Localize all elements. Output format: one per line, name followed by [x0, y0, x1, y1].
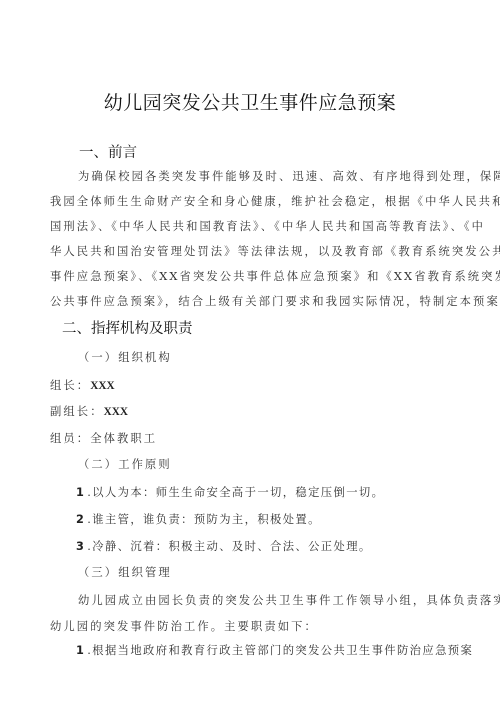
- members-value: 全体教职工: [90, 432, 157, 445]
- paragraph-line: 国刑法》、《中华人民共和国教育法》、《中华人民共和国高等教育法》、《中: [50, 218, 462, 234]
- paragraph-line: 幼儿园的突发事件防治工作。主要职责如下：: [50, 618, 318, 634]
- members-label: 组员：: [50, 432, 90, 445]
- duty-item: 1.根据当地政府和教育行政主管部门的突发公共卫生事件防治应急预案: [76, 642, 473, 658]
- subsection-heading-management: （三）组织管理: [78, 564, 172, 580]
- paragraph-line: 公共事件应急预案》，结合上级有关部门要求和我园实际情况，特制定本预案。: [50, 293, 462, 309]
- deputy-leader-value: XXX: [104, 406, 128, 418]
- paragraph-line: 华人民共和国治安管理处罚法》等法律法规，以及教育部《教育系统突发公共: [50, 243, 462, 259]
- item-number: 3: [76, 540, 85, 553]
- principle-item: 1.以人为本：师生生命安全高于一切，稳定压倒一切。: [76, 484, 384, 500]
- section-heading-command: 二、指挥机构及职责: [62, 317, 193, 338]
- item-text: .以人为本：师生生命安全高于一切，稳定压倒一切。: [87, 486, 384, 499]
- document-title: 幼儿园突发公共卫生事件应急预案: [0, 88, 500, 115]
- members-line: 组员：全体教职工: [50, 430, 157, 446]
- leader-value: XXX: [90, 380, 114, 392]
- principle-item: 3.冷静、沉着：积极主动、及时、合法、公正处理。: [76, 538, 372, 554]
- item-number: 2: [76, 513, 85, 526]
- subsection-heading-organization: （一）组织机构: [78, 349, 172, 365]
- paragraph-line: 我园全体师生生命财产安全和身心健康，维护社会稳定，根据《中华人民共和: [50, 193, 462, 209]
- leader-line: 组长：XXX: [50, 377, 115, 393]
- deputy-leader-line: 副组长：XXX: [50, 403, 128, 419]
- paragraph-line: 事件应急预案》、《XX省突发公共事件总体应急预案》和《XX省教育系统突发: [50, 268, 462, 284]
- subsection-heading-principles: （二）工作原则: [78, 456, 172, 472]
- item-number: 1: [76, 644, 85, 657]
- principle-item: 2.谁主管，谁负责：预防为主，积极处置。: [76, 511, 321, 527]
- paragraph-line: 幼儿园成立由园长负责的突发公共卫生事件工作领导小组，具体负责落实: [78, 592, 462, 608]
- paragraph-line: 为确保校园各类突发事件能够及时、迅速、高效、有序地得到处理，保障: [78, 168, 462, 184]
- section-heading-preface: 一、前言: [79, 141, 137, 162]
- item-text: .冷静、沉着：积极主动、及时、合法、公正处理。: [87, 540, 371, 553]
- item-text: .根据当地政府和教育行政主管部门的突发公共卫生事件防治应急预案: [87, 644, 473, 657]
- leader-label: 组长：: [50, 379, 90, 392]
- item-number: 1: [76, 486, 85, 499]
- deputy-leader-label: 副组长：: [50, 405, 104, 418]
- item-text: .谁主管，谁负责：预防为主，积极处置。: [87, 513, 321, 526]
